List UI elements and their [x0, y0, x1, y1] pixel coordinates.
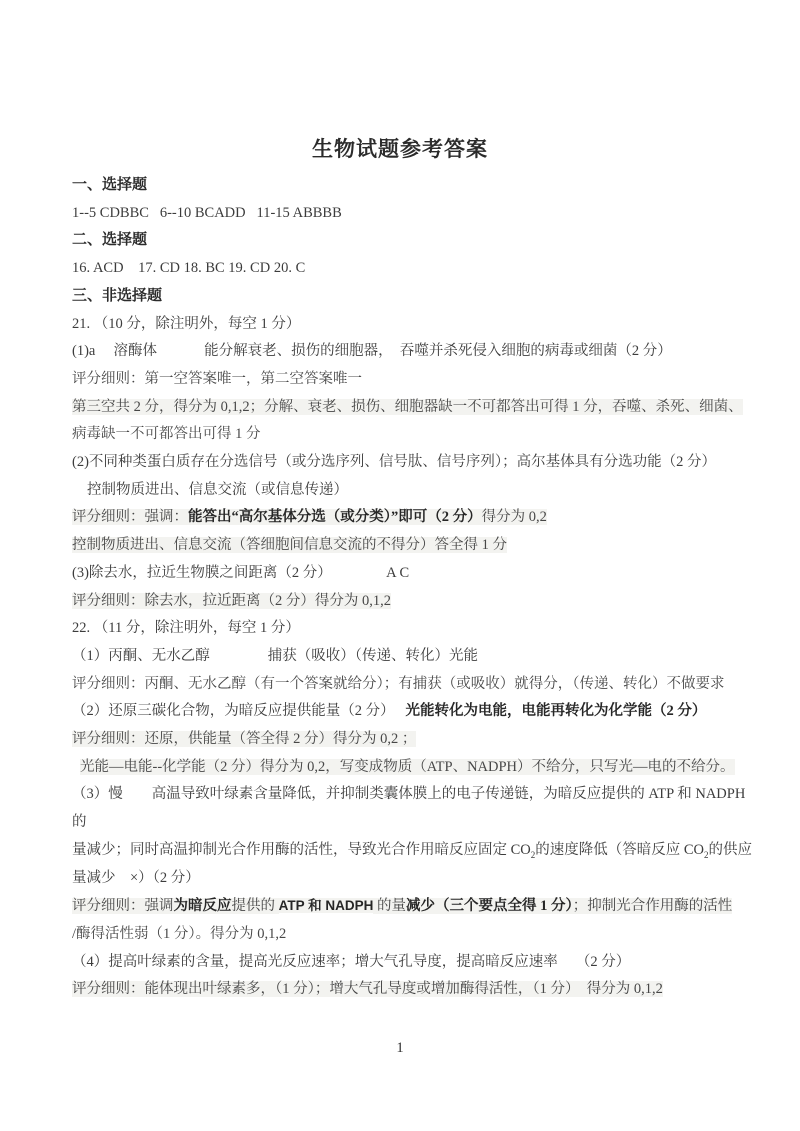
- rubric-line: 评分细则：强调为暗反应提供的 ATP 和 NADPH 的量减少（三个要点全得 1…: [72, 892, 754, 921]
- answer-line: 1--5 CDBBC 6--10 BCADD 11-15 ABBBB: [72, 200, 754, 228]
- text-run: 第三空共 2 分，得分为 0,1,2；分解、衰老、损伤、细胞器缺一不可都答出可得…: [72, 399, 743, 415]
- text-run: (2)不同种类蛋白质存在分选信号（或分选序列、信号肽、信号序列）；高尔基体具有分…: [72, 454, 716, 470]
- text-run: 评分细则：丙酮、无水乙醇（有一个答案就给分）；有捕获（或吸收）就得分，（传递、转…: [72, 676, 725, 692]
- rubric-line: /酶得活性弱（1 分）。得分为 0,1,2: [72, 921, 754, 949]
- question-header: 21. （10 分，除注明外，每空 1 分）: [72, 311, 754, 339]
- text-run: （3）慢 高温导致叶绿素含量降低，并抑制类囊体膜上的电子传递链，为暗反应提供的 …: [72, 786, 749, 830]
- text-run: （1）丙酮、无水乙醇 捕获（吸收）（传递、转化）光能: [72, 648, 478, 664]
- text-run: 16. ACD 17. CD 18. BC 19. CD 20. C: [72, 260, 305, 276]
- answer-line: 16. ACD 17. CD 18. BC 19. CD 20. C: [72, 255, 754, 283]
- rubric-line: 光能—电能--化学能（2 分）得分为 0,2，写变成物质（ATP、NADPH）不…: [72, 754, 754, 782]
- rubric-line: 评分细则：丙酮、无水乙醇（有一个答案就给分）；有捕获（或吸收）就得分，（传递、转…: [72, 671, 754, 699]
- text-run: 量减少；同时高温抑制光合作用酶的活性，导致光合作用暗反应固定 CO: [72, 842, 531, 858]
- answer-line: 量减少；同时高温抑制光合作用酶的活性，导致光合作用暗反应固定 CO2的速度降低（…: [72, 837, 754, 865]
- text-run: 的速度降低（答暗反应 CO: [535, 842, 704, 858]
- rubric-line: 评分细则：除去水，拉近距离（2 分）得分为 0,1,2: [72, 588, 754, 616]
- document-page: 生物试题参考答案 一、选择题1--5 CDBBC 6--10 BCADD 11-…: [0, 0, 800, 1131]
- answer-line: （2）还原三碳化合物，为暗反应提供能量（2 分） 光能转化为电能，电能再转化为化…: [72, 698, 754, 726]
- answer-line: （3）慢 高温导致叶绿素含量降低，并抑制类囊体膜上的电子传递链，为暗反应提供的 …: [72, 781, 754, 836]
- rubric-line: 评分细则：能体现出叶绿素多，（1 分）；增大气孔导度或增加酶得活性，（1 分） …: [72, 976, 754, 1004]
- document-lines: 一、选择题1--5 CDBBC 6--10 BCADD 11-15 ABBBB二…: [0, 172, 800, 1004]
- text-run: (1)a 溶酶体 能分解衰老、损伤的细胞器， 吞噬并杀死侵入细胞的病毒或细菌（2…: [72, 343, 672, 359]
- page-number: 1: [0, 1040, 800, 1057]
- question-header: 22. （11 分，除注明外，每空 1 分）: [72, 615, 754, 643]
- rubric-line: 评分细则：还原，供能量（答全得 2 分）得分为 0,2 ；: [72, 726, 754, 754]
- answer-line: （1）丙酮、无水乙醇 捕获（吸收）（传递、转化）光能: [72, 643, 754, 671]
- rubric-line: 第三空共 2 分，得分为 0,1,2；分解、衰老、损伤、细胞器缺一不可都答出可得…: [72, 394, 754, 422]
- text-run: 得分为 0,2: [482, 509, 547, 525]
- text-run: 控制物质进出、信息交流（或信息传递）: [87, 482, 348, 498]
- text-run: 评分细则：能体现出叶绿素多，（1 分）；增大气孔导度或增加酶得活性，（1 分） …: [72, 981, 663, 997]
- text-run: 二、选择题: [72, 232, 147, 248]
- text-run: 评分细则：强调: [72, 898, 174, 914]
- text-run: 提供的: [232, 898, 279, 914]
- text-run: 一、选择题: [72, 177, 147, 193]
- text-run: 病毒缺一不可都答出可得 1 分: [72, 426, 261, 442]
- answer-line: 量减少 ×）（2 分）: [72, 865, 754, 893]
- text-run: （三个要点全得 1 分）: [435, 898, 573, 914]
- rubric-line: 评分细则：强调：能答出“高尔基体分选（或分类）”即可（2 分）得分为 0,2: [72, 504, 754, 532]
- text-run: 21. （10 分，除注明外，每空 1 分）: [72, 316, 300, 332]
- text-run: 光能—电能--化学能（2 分）得分为 0,2，写变成物质（ATP、NADPH）不…: [80, 759, 735, 775]
- answer-line: (3)除去水，拉近生物膜之间距离（2 分） A C: [72, 560, 754, 588]
- text-run: 的供应: [709, 842, 753, 858]
- text-run: ；抑制光合作用酶的活性: [573, 898, 733, 914]
- answer-line: （4）提高叶绿素的含量，提高光反应速率；增大气孔导度，提高暗反应速率 （2 分）: [72, 949, 754, 977]
- page-title: 生物试题参考答案: [0, 0, 800, 164]
- text-run: 的量: [373, 898, 406, 914]
- section-heading: 三、非选择题: [72, 283, 754, 311]
- text-run: 控制物质进出、信息交流（答细胞间信息交流的不得分）答全得 1 分: [72, 537, 507, 553]
- text-run: 减少: [406, 898, 435, 914]
- text-run: /酶得活性弱（1 分）。得分为 0,1,2: [72, 926, 286, 942]
- text-run: 量减少 ×）（2 分）: [72, 870, 200, 886]
- rubric-line: 控制物质进出、信息交流（答细胞间信息交流的不得分）答全得 1 分: [72, 532, 754, 560]
- section-heading: 一、选择题: [72, 172, 754, 200]
- text-run: 能答出“高尔基体分选（或分类）”即可（2 分）: [188, 509, 482, 525]
- text-run: 评分细则：还原，供能量（答全得 2 分）得分为 0,2 ；: [72, 731, 416, 747]
- text-run: 三、非选择题: [72, 288, 162, 304]
- answer-line: (2)不同种类蛋白质存在分选信号（或分选序列、信号肽、信号序列）；高尔基体具有分…: [72, 449, 754, 477]
- text-run: ATP 和 NADPH: [279, 898, 374, 913]
- text-run: 评分细则：除去水，拉近距离（2 分）得分为 0,1,2: [72, 593, 391, 609]
- text-run: 评分细则：强调：: [72, 509, 188, 525]
- text-run: 评分细则：第一空答案唯一，第二空答案唯一: [72, 371, 362, 387]
- text-run: 1--5 CDBBC 6--10 BCADD 11-15 ABBBB: [72, 205, 342, 221]
- text-run: 22. （11 分，除注明外，每空 1 分）: [72, 620, 300, 636]
- rubric-line: 病毒缺一不可都答出可得 1 分: [72, 421, 754, 449]
- answer-line: (1)a 溶酶体 能分解衰老、损伤的细胞器， 吞噬并杀死侵入细胞的病毒或细菌（2…: [72, 338, 754, 366]
- text-run: （4）提高叶绿素的含量，提高光反应速率；增大气孔导度，提高暗反应速率 （2 分）: [72, 954, 630, 970]
- text-run: 为暗反应: [174, 898, 232, 914]
- text-run: （2）还原三碳化合物，为暗反应提供能量（2 分）: [72, 703, 406, 719]
- text-run: (3)除去水，拉近生物膜之间距离（2 分） A C: [72, 565, 409, 581]
- answer-line: 控制物质进出、信息交流（或信息传递）: [72, 477, 754, 505]
- rubric-line: 评分细则：第一空答案唯一，第二空答案唯一: [72, 366, 754, 394]
- text-run: 光能转化为电能，电能再转化为化学能（2 分）: [406, 703, 707, 719]
- section-heading: 二、选择题: [72, 227, 754, 255]
